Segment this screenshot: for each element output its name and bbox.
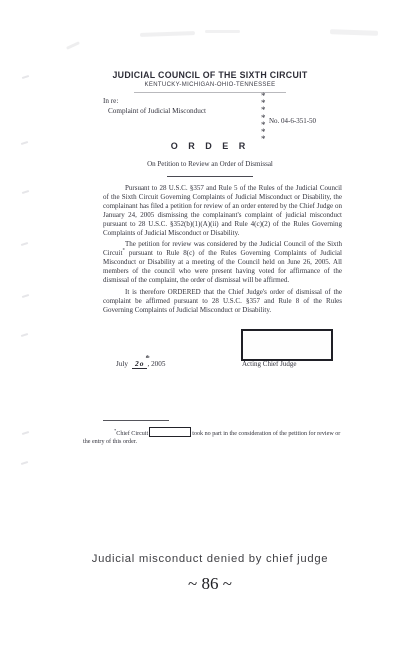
page-number: ~ 86 ~ [0,574,420,594]
paragraph-petition-considered: The petition for review was considered b… [103,240,342,285]
date-line: July2oth, 2005 [116,359,165,369]
footnote-text-before: Chief Circuit [116,431,148,437]
handwritten-day: 2o [135,359,145,368]
court-title: JUDICIAL COUNCIL OF THE SIXTH CIRCUIT [0,70,420,80]
signer-title: Acting Chief Judge [242,360,296,368]
footnote-divider [103,420,169,421]
image-caption: Judicial misconduct denied by chief judg… [0,553,420,565]
scan-artifact [21,333,28,337]
name-redaction-box [149,427,191,437]
court-subtitle: KENTUCKY-MICHIGAN-OHIO-TENNESSEE [0,82,420,88]
scan-artifact [140,31,195,37]
order-heading: O R D E R [0,141,420,151]
scan-artifact [22,294,29,298]
date-year: , 2005 [147,360,165,368]
caption-asterisk-column: * * * * * * * [261,93,266,143]
scan-artifact [21,242,28,246]
order-subheading: On Petition to Review an Order of Dismis… [0,160,420,168]
handwritten-date: 2oth [132,359,148,369]
scan-artifact [22,190,29,194]
signature-redaction-box [241,329,333,361]
handwritten-day-ordinal: th [146,354,150,359]
case-number: No. 04-6-351-50 [269,117,316,125]
complaint-title: Complaint of Judicial Misconduct [108,107,206,115]
scan-artifact [66,41,80,50]
footnote: *Chief Circuittook no part in the consid… [83,427,345,446]
paragraph-pursuant: Pursuant to 28 U.S.C. §357 and Rule 5 of… [103,184,342,239]
heading-divider [167,176,253,177]
in-re-label: In re: [103,97,118,105]
scan-artifact [22,431,29,435]
paragraph-ordered: It is therefore ORDERED that the Chief J… [103,288,342,315]
paragraph-text: pursuant to Rule 8(c) of the Rules Gover… [103,249,342,284]
date-month: July [116,360,128,368]
scan-artifact [21,461,28,465]
scan-artifact [330,29,378,36]
scanned-document-page: JUDICIAL COUNCIL OF THE SIXTH CIRCUIT KE… [0,0,420,649]
scan-artifact [205,30,240,33]
